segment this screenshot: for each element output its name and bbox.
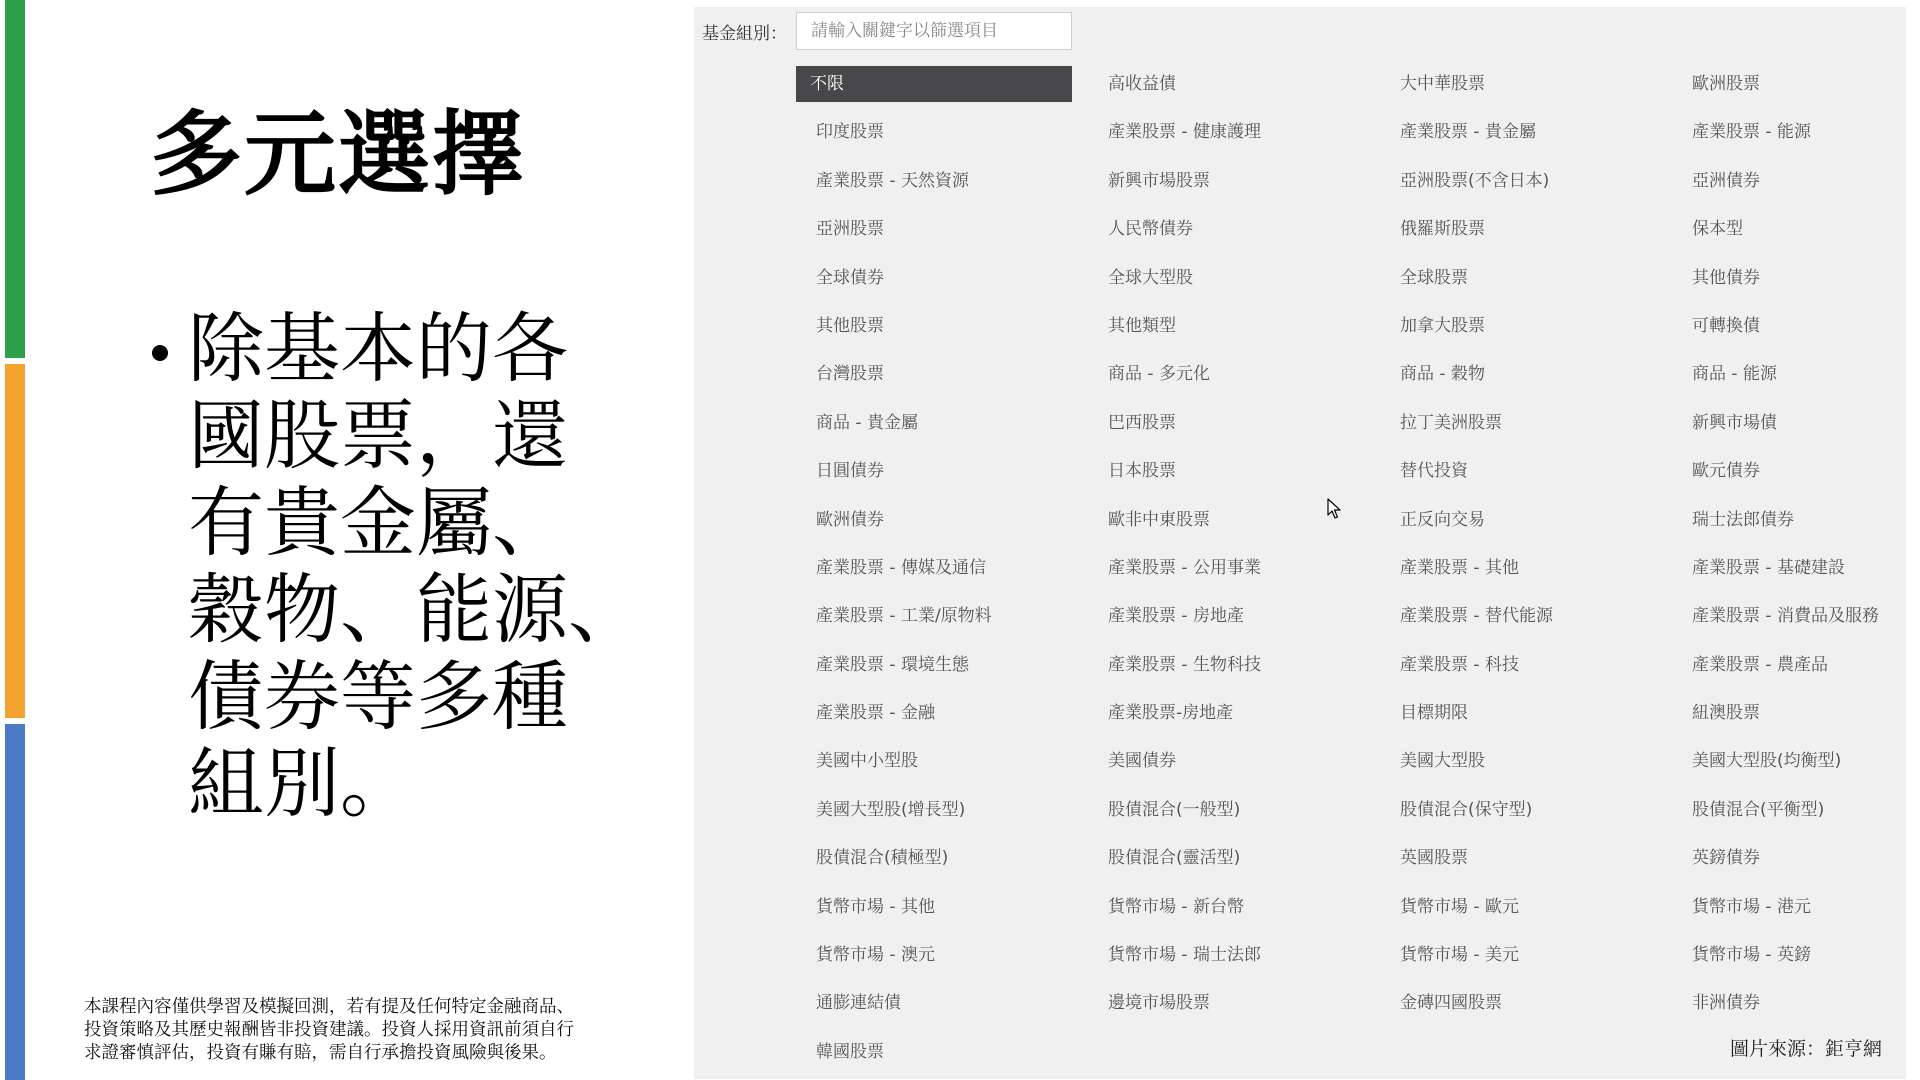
fund-category-option[interactable]: 瑞士法郎債券 bbox=[1672, 502, 1906, 538]
fund-category-option[interactable]: 產業股票 - 金融 bbox=[796, 695, 1088, 731]
bullet-line: 除基本的各 bbox=[188, 305, 668, 392]
fund-category-option[interactable]: 金磚四國股票 bbox=[1380, 985, 1672, 1021]
fund-category-option[interactable]: 產業股票 - 生物科技 bbox=[1088, 647, 1380, 683]
fund-category-option[interactable]: 美國大型股 bbox=[1380, 743, 1672, 779]
fund-category-option[interactable]: 產業股票 - 健康護理 bbox=[1088, 114, 1380, 150]
keyword-filter-input[interactable] bbox=[796, 12, 1072, 50]
fund-category-option[interactable]: 日圓債券 bbox=[796, 453, 1088, 489]
fund-category-option[interactable]: 全球大型股 bbox=[1088, 260, 1380, 296]
fund-category-option[interactable]: 產業股票 - 工業/原物料 bbox=[796, 598, 1088, 634]
bullet-point: 除基本的各 國股票，還 有貴金屬、 穀物、能源、 債券等多種 組別。 bbox=[148, 305, 668, 827]
fund-category-option[interactable]: 產業股票 - 貴金屬 bbox=[1380, 114, 1672, 150]
fund-category-option[interactable]: 俄羅斯股票 bbox=[1380, 211, 1672, 247]
fund-category-option[interactable]: 目標期限 bbox=[1380, 695, 1672, 731]
fund-category-option[interactable]: 貨幣市場 - 英鎊 bbox=[1672, 937, 1906, 973]
fund-category-option[interactable]: 大中華股票 bbox=[1380, 66, 1672, 102]
fund-category-option[interactable]: 歐元債券 bbox=[1672, 453, 1906, 489]
fund-category-option[interactable]: 全球債券 bbox=[796, 260, 1088, 296]
fund-category-option[interactable]: 產業股票 - 公用事業 bbox=[1088, 550, 1380, 586]
fund-category-option[interactable]: 美國中小型股 bbox=[796, 743, 1088, 779]
fund-category-option[interactable]: 產業股票-房地產 bbox=[1088, 695, 1380, 731]
fund-category-option[interactable]: 貨幣市場 - 新台幣 bbox=[1088, 889, 1380, 925]
fund-category-option[interactable]: 股債混合(平衡型) bbox=[1672, 792, 1906, 828]
fund-category-option[interactable]: 股債混合(靈活型) bbox=[1088, 840, 1380, 876]
accent-bar-green bbox=[5, 0, 25, 358]
disclaimer-line: 求證審慎評估，投資有賺有賠，需自行承擔投資風險與後果。 bbox=[84, 1042, 664, 1065]
bullet-line: 國股票，還 bbox=[188, 392, 668, 479]
fund-category-option[interactable]: 貨幣市場 - 美元 bbox=[1380, 937, 1672, 973]
mouse-cursor-icon bbox=[1327, 498, 1343, 520]
fund-category-option[interactable]: 歐洲股票 bbox=[1672, 66, 1906, 102]
fund-category-option-selected[interactable]: 不限 bbox=[796, 66, 1072, 102]
fund-category-option[interactable]: 商品 - 多元化 bbox=[1088, 356, 1380, 392]
fund-category-option[interactable]: 產業股票 - 傳媒及通信 bbox=[796, 550, 1088, 586]
fund-category-option[interactable]: 保本型 bbox=[1672, 211, 1906, 247]
fund-category-option[interactable]: 產業股票 - 能源 bbox=[1672, 114, 1906, 150]
bullet-line: 穀物、能源、 bbox=[188, 566, 668, 653]
fund-category-option[interactable]: 紐澳股票 bbox=[1672, 695, 1906, 731]
fund-category-option[interactable]: 人民幣債券 bbox=[1088, 211, 1380, 247]
fund-category-option[interactable]: 英鎊債券 bbox=[1672, 840, 1906, 876]
fund-category-option[interactable]: 美國大型股(增長型) bbox=[796, 792, 1088, 828]
fund-category-option[interactable]: 拉丁美洲股票 bbox=[1380, 405, 1672, 441]
fund-category-option[interactable]: 亞洲股票(不含日本) bbox=[1380, 163, 1672, 199]
fund-category-option[interactable]: 產業股票 - 環境生態 bbox=[796, 647, 1088, 683]
fund-category-option[interactable]: 美國大型股(均衡型) bbox=[1672, 743, 1906, 779]
accent-bar-blue bbox=[5, 724, 25, 1080]
disclaimer: 本課程內容僅供學習及模擬回測，若有提及任何特定金融商品、 投資策略及其歷史報酬皆… bbox=[84, 996, 664, 1065]
fund-category-option[interactable]: 貨幣市場 - 歐元 bbox=[1380, 889, 1672, 925]
fund-category-option[interactable]: 巴西股票 bbox=[1088, 405, 1380, 441]
fund-category-option[interactable]: 加拿大股票 bbox=[1380, 308, 1672, 344]
fund-category-option[interactable]: 邊境市場股票 bbox=[1088, 985, 1380, 1021]
bullet-line: 債券等多種 bbox=[188, 653, 668, 740]
fund-category-option[interactable]: 全球股票 bbox=[1380, 260, 1672, 296]
disclaimer-line: 投資策略及其歷史報酬皆非投資建議。投資人採用資訊前須自行 bbox=[84, 1019, 664, 1042]
fund-category-option[interactable]: 亞洲債券 bbox=[1672, 163, 1906, 199]
fund-category-option[interactable]: 股債混合(保守型) bbox=[1380, 792, 1672, 828]
fund-category-option[interactable]: 美國債券 bbox=[1088, 743, 1380, 779]
fund-category-option[interactable]: 商品 - 能源 bbox=[1672, 356, 1906, 392]
fund-category-option[interactable]: 高收益債 bbox=[1088, 66, 1380, 102]
fund-category-option[interactable]: 台灣股票 bbox=[796, 356, 1088, 392]
bullet-line: 有貴金屬、 bbox=[188, 479, 668, 566]
fund-category-option[interactable]: 韓國股票 bbox=[796, 1034, 1088, 1070]
fund-category-option[interactable]: 貨幣市場 - 瑞士法郎 bbox=[1088, 937, 1380, 973]
slide-title: 多元選擇 bbox=[150, 100, 526, 210]
bullet-line: 組別。 bbox=[188, 740, 668, 827]
fund-category-option[interactable]: 替代投資 bbox=[1380, 453, 1672, 489]
fund-category-option[interactable]: 產業股票 - 科技 bbox=[1380, 647, 1672, 683]
fund-category-options: 不限高收益債大中華股票歐洲股票印度股票產業股票 - 健康護理產業股票 - 貴金屬… bbox=[796, 66, 1906, 1080]
bullet-dot-icon bbox=[152, 345, 168, 361]
fund-category-option[interactable]: 非洲債券 bbox=[1672, 985, 1906, 1021]
fund-category-option[interactable]: 其他債券 bbox=[1672, 260, 1906, 296]
fund-category-option[interactable]: 其他類型 bbox=[1088, 308, 1380, 344]
fund-category-option[interactable]: 其他股票 bbox=[796, 308, 1088, 344]
bullet-text: 除基本的各 國股票，還 有貴金屬、 穀物、能源、 債券等多種 組別。 bbox=[188, 305, 668, 827]
disclaimer-line: 本課程內容僅供學習及模擬回測，若有提及任何特定金融商品、 bbox=[84, 996, 664, 1019]
image-source-credit: 圖片來源：鉅亨網 bbox=[1730, 1034, 1882, 1061]
fund-category-option[interactable]: 貨幣市場 - 港元 bbox=[1672, 889, 1906, 925]
fund-category-option[interactable]: 英國股票 bbox=[1380, 840, 1672, 876]
fund-category-option[interactable]: 產業股票 - 基礎建設 bbox=[1672, 550, 1906, 586]
fund-category-option[interactable]: 正反向交易 bbox=[1380, 502, 1672, 538]
fund-category-option[interactable]: 產業股票 - 替代能源 bbox=[1380, 598, 1672, 634]
fund-category-option[interactable]: 產業股票 - 天然資源 bbox=[796, 163, 1088, 199]
fund-category-option[interactable]: 貨幣市場 - 澳元 bbox=[796, 937, 1088, 973]
accent-bar-orange bbox=[5, 364, 25, 718]
fund-category-option[interactable]: 歐洲債券 bbox=[796, 502, 1088, 538]
fund-category-option[interactable]: 股債混合(積極型) bbox=[796, 840, 1088, 876]
fund-category-option[interactable]: 印度股票 bbox=[796, 114, 1088, 150]
fund-category-option[interactable]: 股債混合(一般型) bbox=[1088, 792, 1380, 828]
fund-category-option[interactable]: 新興市場股票 bbox=[1088, 163, 1380, 199]
fund-category-option[interactable]: 新興市場債 bbox=[1672, 405, 1906, 441]
fund-category-label: 基金組別： bbox=[702, 19, 787, 44]
fund-category-option[interactable]: 通膨連結債 bbox=[796, 985, 1088, 1021]
fund-category-option[interactable]: 產業股票 - 農產品 bbox=[1672, 647, 1906, 683]
fund-category-option[interactable]: 產業股票 - 房地產 bbox=[1088, 598, 1380, 634]
fund-category-option[interactable]: 產業股票 - 消費品及服務 bbox=[1672, 598, 1906, 634]
fund-category-option[interactable]: 商品 - 貴金屬 bbox=[796, 405, 1088, 441]
fund-category-option[interactable]: 商品 - 穀物 bbox=[1380, 356, 1672, 392]
fund-category-option[interactable]: 日本股票 bbox=[1088, 453, 1380, 489]
fund-category-panel: 基金組別： 不限高收益債大中華股票歐洲股票印度股票產業股票 - 健康護理產業股票… bbox=[694, 7, 1906, 1079]
fund-category-option[interactable]: 亞洲股票 bbox=[796, 211, 1088, 247]
fund-category-option[interactable]: 產業股票 - 其他 bbox=[1380, 550, 1672, 586]
fund-category-option[interactable]: 貨幣市場 - 其他 bbox=[796, 889, 1088, 925]
fund-category-option[interactable]: 可轉換債 bbox=[1672, 308, 1906, 344]
